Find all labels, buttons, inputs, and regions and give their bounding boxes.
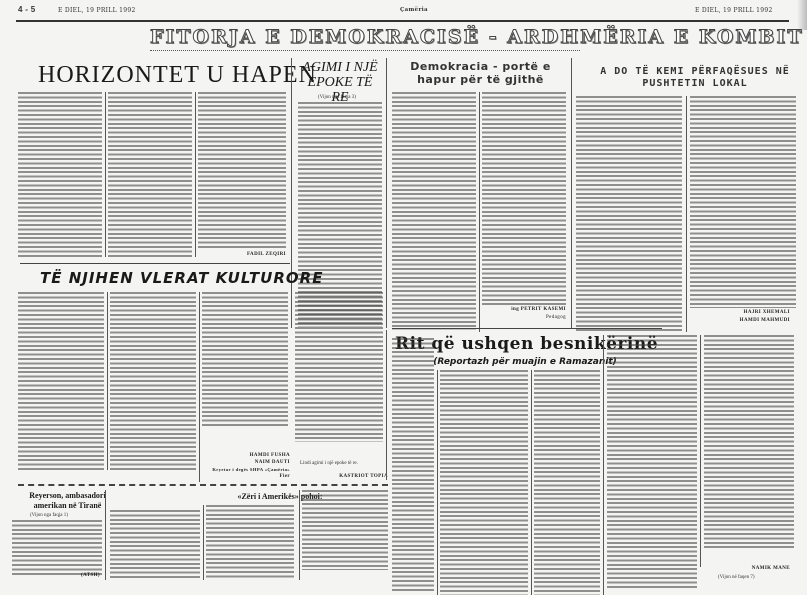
page-number: 4 - 5: [18, 5, 36, 14]
byline-pushteti-1: HAJRI XHEMALI: [720, 310, 790, 315]
byline-vlerat-1: HAMDI FUSHA: [215, 453, 290, 458]
column-divider: [299, 490, 300, 580]
banner-headline: FITORJA E DEMOKRACISË - ARDHMËRIA E KOMB…: [150, 26, 575, 48]
article-body-rit-col3: [534, 370, 600, 595]
article-body-horizontet-col3: [198, 92, 286, 250]
column-divider: [437, 370, 438, 595]
continued-note-rit: (Vijon në faqen 7): [718, 575, 755, 580]
article-body-kastriot: [295, 292, 383, 442]
column-divider: [203, 505, 204, 580]
article-body-zeri-col2: [206, 505, 294, 578]
article-body-horizontet-col2: [108, 92, 192, 257]
byline-vlerat-2: NAIM DAUTI: [215, 460, 290, 465]
article-body-vlerat-col3: [202, 292, 288, 426]
section-divider: [20, 263, 290, 264]
section-divider: [392, 328, 662, 329]
article-body-zeri-col3: [302, 490, 388, 570]
column-divider: [386, 58, 387, 328]
byline-vlerat-role: Kryetar i degës SHPA «Çamëria»: [200, 467, 290, 472]
byline-rit: NAMIK MANE: [730, 566, 790, 571]
article-body-rit-col4: [607, 335, 697, 590]
article-body-vlerat-col1: [18, 292, 104, 470]
article-body-pushteti-col2: [690, 96, 796, 308]
article-body-rit-col5: [704, 335, 794, 550]
article-body-horizontet-col1: Triumfi i demokracisë dhe rezultatet e k…: [18, 92, 102, 257]
column-divider: [199, 292, 200, 482]
masthead-rule: [16, 20, 789, 22]
headline-reyerson: Reyerson, ambasadori amerikan në Tiranë: [20, 491, 115, 511]
byline-demokracia: ing PETRIT KASEMI: [500, 307, 566, 312]
article-body-reyerson: [12, 520, 102, 575]
column-divider: [105, 92, 106, 257]
column-divider: [571, 58, 572, 328]
byline-horizontet: FADIL ZEQIRI: [230, 252, 286, 257]
headline-horizontet: HORIZONTET U HAPEN: [38, 62, 260, 89]
article-body-demokracia-col1: [392, 92, 476, 330]
article-body-vlerat-col2: [110, 292, 196, 470]
column-divider: [531, 370, 532, 595]
banner-rule: [150, 50, 580, 51]
column-divider: [105, 490, 106, 580]
date-left: E DIEL, 19 PRILL 1992: [58, 7, 136, 14]
dashed-divider: [18, 484, 388, 486]
column-divider: [686, 96, 687, 332]
column-divider: [386, 330, 387, 480]
column-divider: [479, 92, 480, 332]
byline-kastriot: KASTRIOT TOPIA: [320, 474, 388, 479]
article-body-rit-col1: [392, 338, 434, 593]
byline-reyerson: (ATSH): [60, 573, 100, 578]
closing-line-kastriot: Lindi agimi i një epoke të re.: [300, 461, 358, 466]
headline-pushteti-lokal: A DO TË KEMI PËRFAQËSUES NË PUSHTETIN LO…: [600, 66, 790, 90]
byline-vlerat-location: Fier: [250, 474, 290, 479]
date-right: E DIEL, 19 PRILL 1992: [695, 7, 773, 14]
article-body-rit-col2: [440, 370, 528, 595]
article-body-pushteti-col1: [576, 96, 682, 332]
column-divider: [603, 335, 604, 595]
article-body-zeri-col1: [110, 510, 200, 578]
column-divider: [291, 58, 292, 328]
byline-demokracia-role: Pedagog: [520, 315, 566, 320]
column-divider: [195, 92, 196, 257]
column-divider: [700, 335, 701, 567]
headline-demokracia: Demokracia - portë e hapur për të gjithë: [393, 60, 568, 86]
continued-note-reyerson: (Vijon nga faqja 1): [30, 513, 68, 518]
column-divider: [107, 292, 108, 470]
subheadline-rit: (Reportazh për muajin e Ramazanit): [430, 357, 620, 367]
paper-name: Çamëria: [400, 7, 428, 13]
byline-pushteti-2: HAMDI MAHMUDI: [720, 318, 790, 323]
article-body-demokracia-col2: [482, 92, 566, 307]
headline-vlerat-kulturore: TË NJIHEN VLERAT KULTURORE: [40, 269, 270, 287]
continued-note-agimi: (Vijon nga faqja 3): [318, 95, 356, 100]
